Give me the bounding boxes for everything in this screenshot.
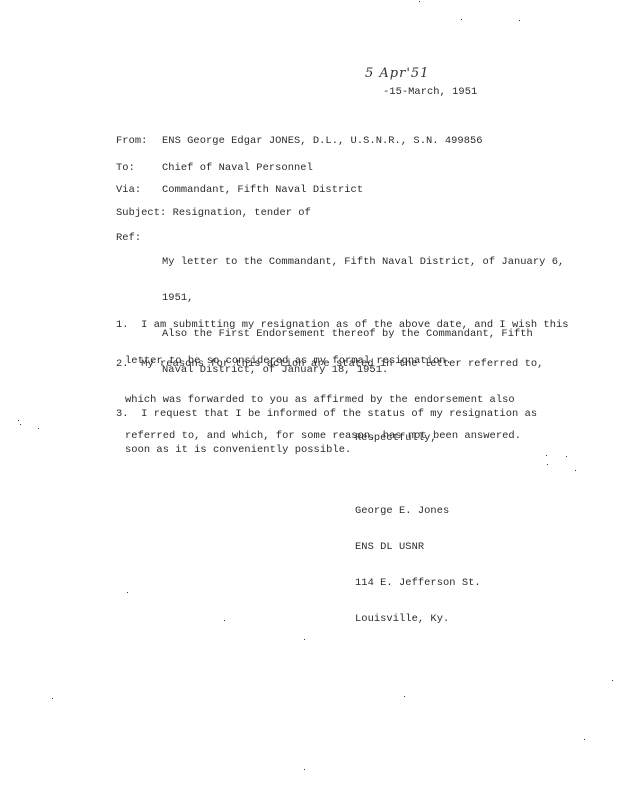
subject-line: Subject: Resignation, tender of [116,207,311,219]
paragraph-line: I request that I be informed of the stat… [141,408,537,420]
paragraph-line: I am submitting my resignation as of the… [141,319,568,331]
scan-speck [404,696,405,697]
scan-speck [18,420,19,421]
ref-line: My letter to the Commandant, Fifth Naval… [162,256,564,268]
scan-speck [127,592,128,593]
signer-rank: ENS DL USNR [355,541,481,553]
scan-speck [20,424,21,425]
scan-speck [304,639,305,640]
to-line: To:Chief of Naval Personnel [116,162,313,174]
from-line: From:ENS George Edgar JONES, D.L., U.S.N… [116,135,483,147]
via-label: Via: [116,184,162,196]
signer-name: George E. Jones [355,505,481,517]
from-value: ENS George Edgar JONES, D.L., U.S.N.R., … [162,135,483,147]
paragraph-number: 2. [116,358,129,370]
ref-label: Ref: [116,232,141,244]
scan-speck [566,456,567,457]
to-value: Chief of Naval Personnel [162,162,313,174]
paragraph-number: 1. [116,319,129,331]
paragraph-line: My reasons for this action are stated in… [141,358,543,370]
scan-speck [575,470,576,471]
signature-block: George E. Jones ENS DL USNR 114 E. Jeffe… [355,481,481,649]
paragraph-3: 3. I request that I be informed of the s… [116,384,537,480]
scan-speck [38,428,39,429]
letter-date: -15-March, 1951 [383,86,477,98]
subject-label: Subject: [116,207,166,219]
paragraph-number: 3. [116,408,129,420]
scan-speck [461,19,462,20]
scan-speck [224,620,225,621]
scan-speck [519,20,520,21]
scan-speck [413,617,414,618]
scan-speck [304,769,305,770]
handwritten-note: 5 Apr'51 [365,66,429,81]
scan-speck [52,698,53,699]
subject-value: Resignation, tender of [173,207,311,219]
scan-speck [584,739,585,740]
signer-street: 114 E. Jefferson St. [355,577,481,589]
document-page: 5 Apr'51 -15-March, 1951 From:ENS George… [0,0,625,800]
valediction: Respectfully, [355,432,437,444]
signer-city: Louisville, Ky. [355,613,481,625]
from-label: From: [116,135,162,147]
via-value: Commandant, Fifth Naval District [162,184,363,196]
via-line: Via:Commandant, Fifth Naval District [116,184,363,196]
paragraph-line: soon as it is conveniently possible. [116,444,537,456]
scan-speck [612,680,613,681]
scan-speck [419,1,420,2]
scan-speck [547,464,548,465]
to-label: To: [116,162,162,174]
scan-speck [546,455,547,456]
